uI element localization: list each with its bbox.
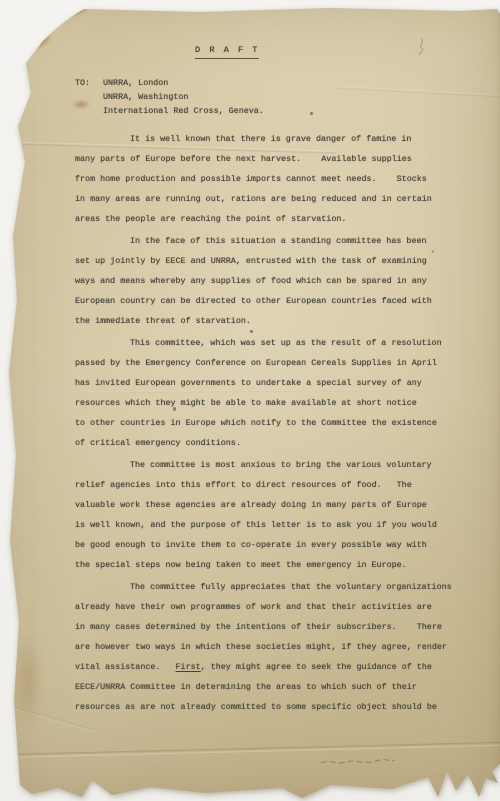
rust-stain-corner [13,22,55,56]
to-label: TO: [75,76,90,90]
paragraph: The committee fully appreciates that the… [75,577,458,717]
rust-stain-top [57,0,89,18]
letter-content: D R A F T TO: UNRRA, LondonUNRRA, Washin… [75,44,458,717]
typed-line: are however two ways in which these soci… [75,637,458,657]
typed-line: from home production and possible import… [75,169,458,189]
paragraph: In the face of this situation a standing… [75,231,458,331]
typed-line: set up jointly by EECE and UNRRA, entrus… [75,251,458,271]
typed-line: has invited European governments to unde… [75,373,458,393]
typed-line: This committee, which was set up as the … [75,333,458,353]
typed-line: resources which they might be able to ma… [75,393,458,413]
typed-line: EECE/UNRRA Committee in determining the … [75,677,458,697]
typed-line: relief agencies into this effort to dire… [75,475,458,495]
typed-line: of critical emergency conditions. [75,433,458,453]
typed-line: It is well known that there is grave dan… [75,129,458,149]
typed-line: the special steps now being taken to mee… [75,555,458,575]
letter-body: It is well known that there is grave dan… [75,129,458,717]
recipient-line: UNRRA, Washington [103,90,458,104]
typed-line: areas the people are reaching the point … [75,209,458,229]
typed-line: In the face of this situation a standing… [75,231,458,251]
typed-line: in many areas are running out, rations a… [75,189,458,209]
crease-line-vertical [34,100,36,690]
typed-line: The committee fully appreciates that the… [75,577,458,597]
typed-line: many parts of Europe before the next har… [75,149,458,169]
paper-sheet: D R A F T TO: UNRRA, LondonUNRRA, Washin… [0,0,500,801]
recipient-line: UNRRA, London [103,76,458,90]
typed-line: passed by the Emergency Conference on Eu… [75,353,458,373]
paragraph: It is well known that there is grave dan… [75,129,458,229]
typed-line: be good enough to invite them to co-oper… [75,535,458,555]
paragraph: The committee is most anxious to bring t… [75,455,458,575]
typed-line: European country can be directed to othe… [75,291,458,311]
paragraph: This committee, which was set up as the … [75,333,458,453]
typed-line: ways and means whereby any supplies of f… [75,271,458,291]
typed-line: to other countries in Europe which notif… [75,413,458,433]
typed-line: already have their own programmes of wor… [75,597,458,617]
typed-line: is well known, and the purpose of this l… [75,515,458,535]
recipient-lines: UNRRA, LondonUNRRA, WashingtonInternatio… [75,76,458,118]
pencil-scribble-icon [320,756,396,768]
typed-line: The committee is most anxious to bring t… [75,455,458,475]
document-scan: D R A F T TO: UNRRA, LondonUNRRA, Washin… [0,0,500,801]
typed-line: resources as are not already committed t… [75,697,458,717]
recipient-block: TO: UNRRA, LondonUNRRA, WashingtonIntern… [75,76,458,118]
draft-title: D R A F T [195,44,259,59]
typed-line: valuable work these agencies are already… [75,495,458,515]
typed-line: vital assistance. First, they might agre… [75,657,458,677]
recipient-line: International Red Cross, Geneva. [103,104,458,118]
foxing-patch [14,636,42,726]
crease-line-bottom [0,742,500,758]
typed-line: in many cases determined by the intentio… [75,617,458,637]
typed-line: the immediate threat of starvation. [75,311,458,331]
